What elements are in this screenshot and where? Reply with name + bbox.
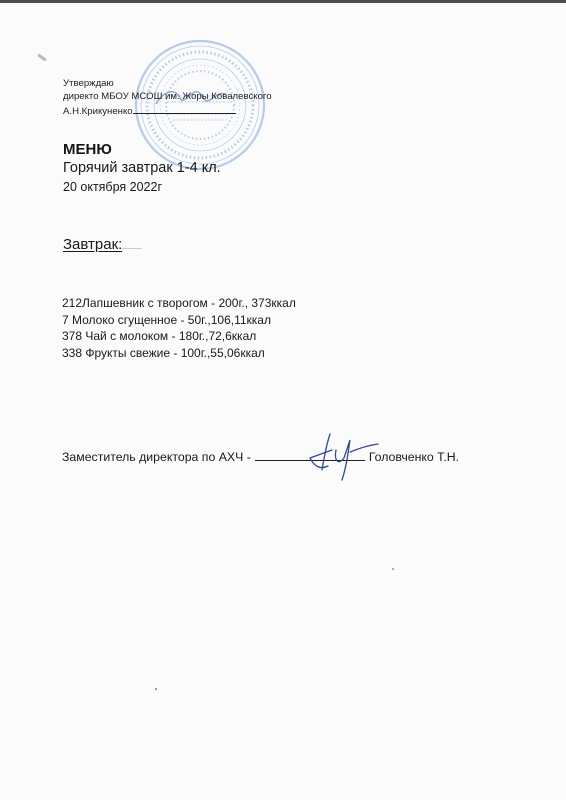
- scan-speck: [392, 568, 394, 570]
- menu-item: 338 Фрукты свежие - 100г.,55,06ккал: [62, 345, 296, 362]
- scan-edge: [0, 0, 566, 3]
- section-heading: Завтрак:: [63, 236, 142, 253]
- approval-line: Утверждаю: [63, 77, 272, 90]
- menu-title: МЕНЮ: [63, 141, 112, 158]
- scan-speck: [37, 53, 47, 61]
- menu-date: 20 октября 2022г: [63, 180, 162, 194]
- deputy-name: Головченко Т.Н.: [369, 450, 459, 464]
- signature-line: [133, 103, 236, 114]
- deputy-signature-icon: [290, 428, 380, 484]
- approval-line: директо МБОУ МСОШ им. Жоры Ковалевского: [63, 90, 272, 103]
- approval-signatory: А.Н.Крикуненко: [63, 106, 133, 117]
- approval-block: Утверждаю директо МБОУ МСОШ им. Жоры Ков…: [63, 77, 272, 118]
- scan-speck: [155, 688, 157, 690]
- menu-subtitle: Горячий завтрак 1-4 кл.: [63, 160, 221, 176]
- deputy-position: Заместитель директора по АХЧ -: [62, 450, 251, 464]
- menu-item: 212Лапшевник с творогом - 200г., 373ккал: [62, 295, 296, 312]
- deputy-signature-line: Заместитель директора по АХЧ -Головченко…: [62, 448, 459, 464]
- section-label: Завтрак:: [63, 236, 122, 253]
- menu-item: 7 Молоко сгущенное - 50г.,106,11ккал: [62, 312, 296, 329]
- menu-item: 378 Чай с молоком - 180г.,72,6ккал: [62, 328, 296, 345]
- menu-items-list: 212Лапшевник с творогом - 200г., 373ккал…: [62, 295, 296, 361]
- underline-tail: [122, 236, 142, 249]
